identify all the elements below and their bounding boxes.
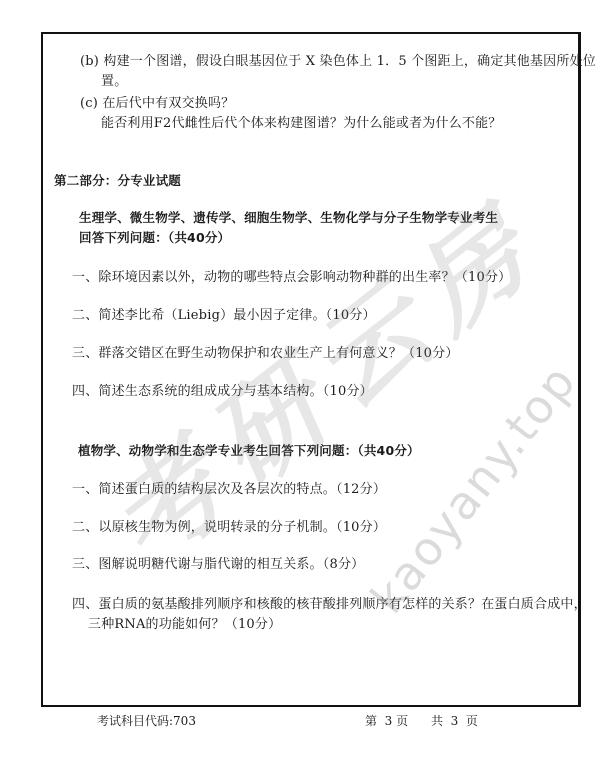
part-two-title: 第二部分：分专业试题 — [54, 173, 181, 189]
section-b-question-4-line-1: 四、蛋白质的氨基酸排列顺序和核酸的核苷酸排列顺序有怎样的关系？在蛋白质合成中， — [72, 597, 587, 613]
section-b-question-1: 一、简述蛋白质的结构层次及各层次的特点。（12分） — [72, 482, 386, 498]
section-b-question-4-line-2: 三种RNA的功能如何？（10分） — [88, 617, 281, 633]
page-indicator: 第 3 页 共 3 页 — [365, 712, 478, 729]
question-c-line-1: (c) 在后代中有双交换吗？ — [80, 96, 234, 112]
subject-code: 考试科目代码:703 — [97, 712, 196, 729]
section-a-heading-line-2: 回答下列问题：（共40分） — [79, 230, 230, 246]
question-c-line-2: 能否利用F2代雌性后代个体来构建图谱？为什么能或者为什么不能？ — [101, 116, 502, 132]
section-b-heading: 植物学、动物学和生态学专业考生回答下列问题：（共40分） — [78, 443, 420, 459]
section-a-question-2: 二、简述李比希（Liebig）最小因子定律。（10分） — [72, 308, 376, 324]
question-b-line-2: 置。 — [101, 74, 127, 90]
section-a-question-3: 三、群落交错区在野生动物保护和农业生产上有何意义？（10分） — [72, 346, 459, 362]
question-b-line-1: (b) 构建一个图谱，假设白眼基因位于 X 染色体上 1．5 个图距上，确定其他… — [80, 54, 596, 70]
section-a-heading-line-1: 生理学、微生物学、遗传学、细胞生物学、生物化学与分子生物学专业考生 — [79, 210, 498, 226]
section-a-question-1: 一、除环境因素以外，动物的哪些特点会影响动物种群的出生率？（10分） — [72, 270, 511, 286]
section-b-question-2: 二、以原核生物为例，说明转录的分子机制。（10分） — [72, 520, 386, 536]
section-b-question-3: 三、图解说明糖代谢与脂代谢的相互关系。（8分） — [72, 557, 364, 573]
section-a-question-4: 四、简述生态系统的组成成分与基本结构。（10分） — [72, 384, 373, 400]
